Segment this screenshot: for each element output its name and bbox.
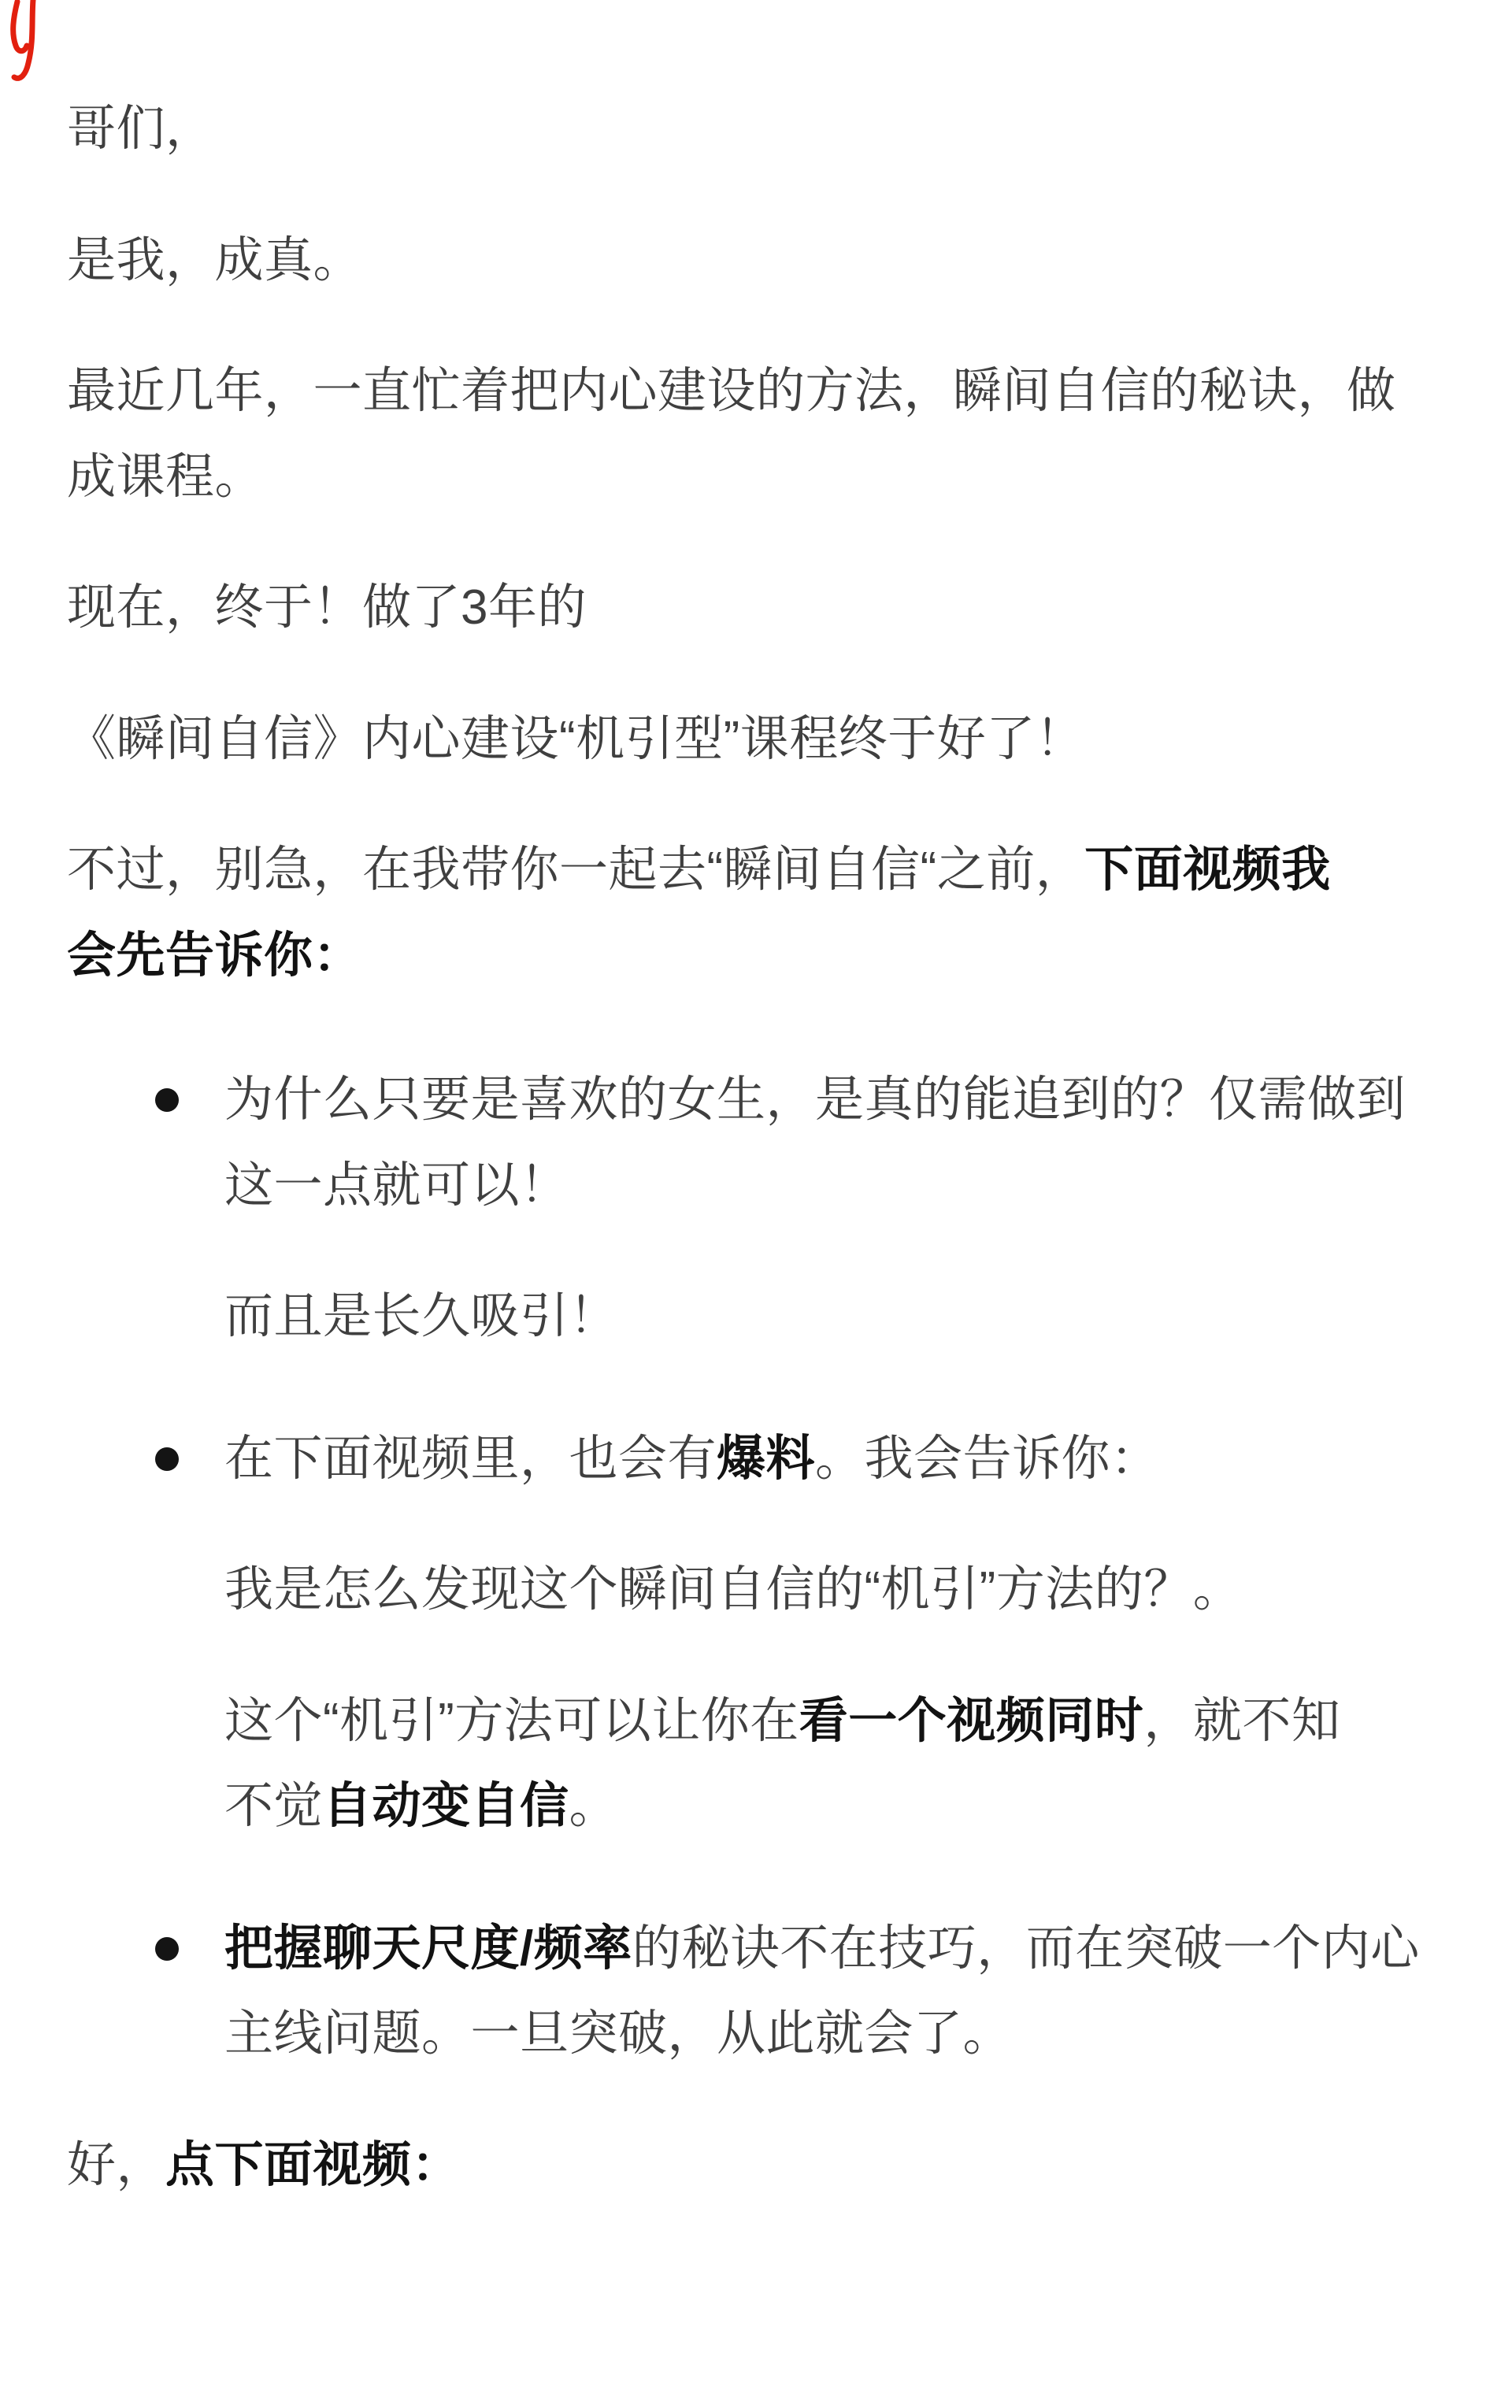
list-item-paragraph: 我是怎么发现这个瞬间自信的“机引”方法的？。 xyxy=(224,1547,1480,1633)
list-item-paragraph: 这个“机引”方法可以让你在看一个视频同时，就不知 不觉自动变自信。 xyxy=(224,1679,1480,1850)
bullet-dot-icon xyxy=(155,1088,179,1112)
list-item: 为什么只要是喜欢的女生，是真的能追到的？仅需做到 这一点就可以！而且是长久吸引！ xyxy=(224,1058,1480,1360)
text-run: 《瞬间自信》内心建设“机引型”课程终于好了！ xyxy=(67,712,1084,766)
text-run: 在下面视频里，也会有 xyxy=(224,1432,717,1486)
text-run: 为什么只要是喜欢的女生，是真的能追到的？仅需做到 这一点就可以！ xyxy=(224,1072,1406,1213)
bold-text-run: 看一个视频同时 xyxy=(799,1694,1144,1748)
bold-text-run: 点下面视频： xyxy=(165,2138,461,2192)
list-item: 把握聊天尺度/频率的秘诀不在技巧，而在突破一个内心 主线问题。一旦突破，从此就会… xyxy=(224,1906,1480,2077)
paragraph: 哥们， xyxy=(67,87,1480,172)
article-body: 哥们，是我，成真。最近几年，一直忙着把内心建设的方法，瞬间自信的秘诀，做 成课程… xyxy=(0,0,1512,2208)
bullet-dot-icon xyxy=(155,1937,179,1961)
text-run: 好， xyxy=(67,2138,165,2192)
bold-text-run: 爆料 xyxy=(717,1432,815,1486)
text-run: 而且是长久吸引！ xyxy=(224,1289,618,1343)
text-run: 是我，成真。 xyxy=(67,233,362,287)
bullet-dot-icon xyxy=(155,1447,179,1471)
text-run: 最近几年，一直忙着把内心建设的方法，瞬间自信的秘诀，做 成课程。 xyxy=(67,364,1396,504)
paragraph: 最近几年，一直忙着把内心建设的方法，瞬间自信的秘诀，做 成课程。 xyxy=(67,349,1480,520)
list-item-paragraph: 把握聊天尺度/频率的秘诀不在技巧，而在突破一个内心 主线问题。一旦突破，从此就会… xyxy=(224,1906,1480,2077)
text-run: 现在，终于！做了3年的 xyxy=(67,580,587,635)
paragraph: 现在，终于！做了3年的 xyxy=(67,565,1480,651)
bold-text-run: 把握聊天尺度/频率 xyxy=(224,1921,632,1976)
bullet-list: 为什么只要是喜欢的女生，是真的能追到的？仅需做到 这一点就可以！而且是长久吸引！… xyxy=(67,1058,1480,2077)
bold-text-run: 自动变自信 xyxy=(323,1779,569,1833)
text-run: 哥们， xyxy=(67,102,215,156)
list-item-paragraph: 而且是长久吸引！ xyxy=(224,1274,1480,1360)
paragraph: 是我，成真。 xyxy=(67,218,1480,304)
text-run: 。 xyxy=(569,1779,619,1833)
list-item-paragraph: 在下面视频里，也会有爆料。我会告诉你： xyxy=(224,1417,1480,1502)
paragraph: 好，点下面视频： xyxy=(67,2123,1480,2209)
text-run: 不过，别急，在我带你一起去“瞬间自信“之前， xyxy=(67,843,1084,897)
text-run: 这个“机引”方法可以让你在 xyxy=(224,1694,799,1748)
paragraph: 《瞬间自信》内心建设“机引型”课程终于好了！ xyxy=(67,697,1480,783)
list-item-paragraph: 为什么只要是喜欢的女生，是真的能追到的？仅需做到 这一点就可以！ xyxy=(224,1058,1480,1228)
paragraph: 不过，别急，在我带你一起去“瞬间自信“之前，下面视频我 会先告诉你： xyxy=(67,828,1480,998)
text-run: 我是怎么发现这个瞬间自信的“机引”方法的？。 xyxy=(224,1562,1242,1617)
list-item: 在下面视频里，也会有爆料。我会告诉你：我是怎么发现这个瞬间自信的“机引”方法的？… xyxy=(224,1417,1480,1850)
text-run: 。我会告诉你： xyxy=(815,1432,1160,1486)
